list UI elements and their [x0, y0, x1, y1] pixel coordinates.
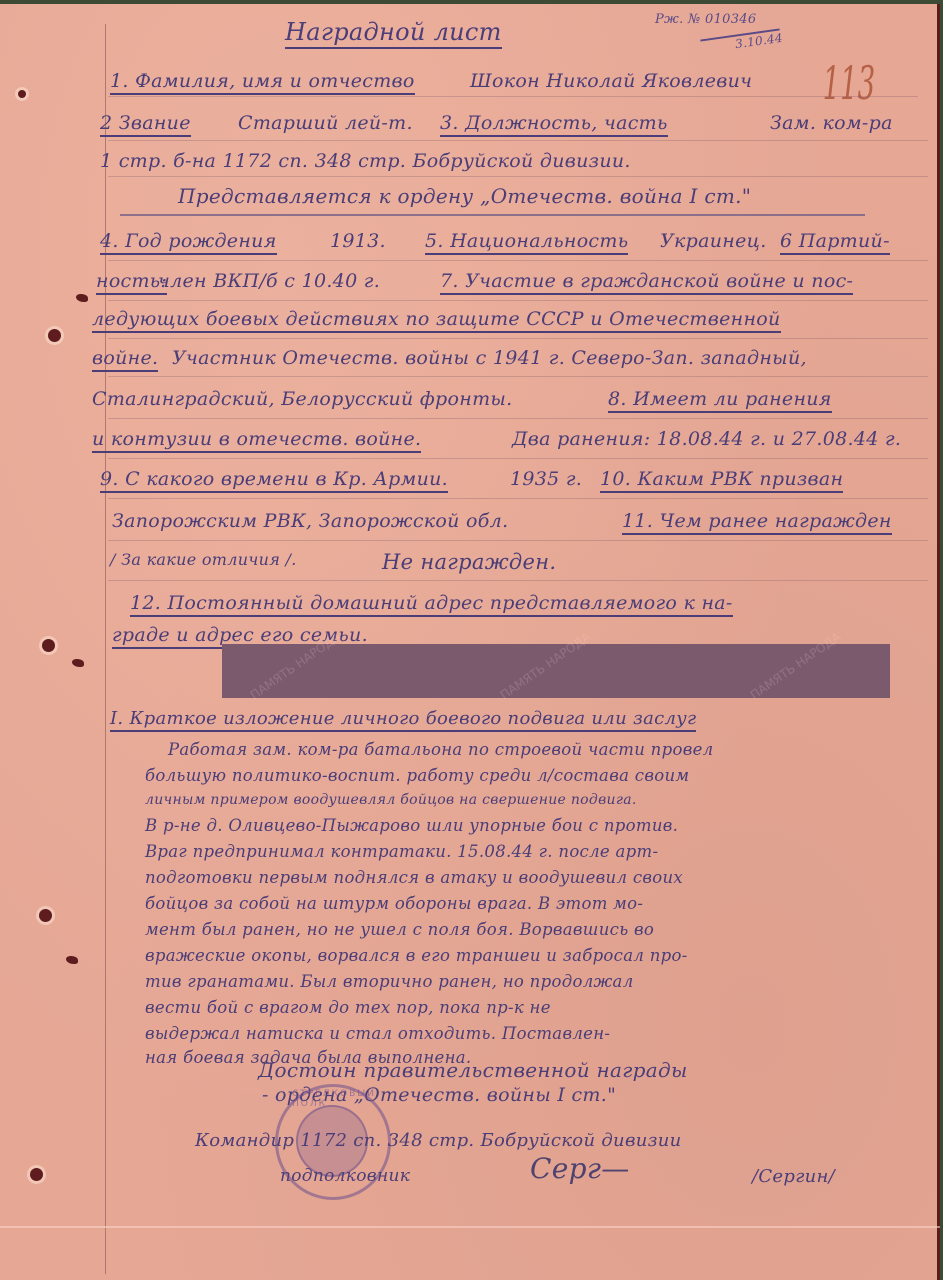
field-4-value: 1913.: [330, 230, 386, 252]
field-9-value: 1935 г.: [510, 468, 582, 490]
narrative-line: вести бой с врагом до тех пор, пока пр-к…: [145, 998, 551, 1017]
ruled-line: [108, 176, 928, 177]
award-sheet-page: Наградной лист Рж. № 010346 3.10.44 113 …: [0, 4, 940, 1280]
field-8-value: Два ранения: 18.08.44 г. и 27.08.44 г.: [512, 428, 901, 450]
field-7-label-1: 7. Участие в гражданской войне и пос-: [440, 270, 853, 295]
seal-text: СТРЕЛКОВЫЙ ПОЛК: [292, 1089, 388, 1109]
document-title: Наградной лист: [285, 18, 502, 49]
watermark-text: ПАМЯТЬ НАРОДА: [748, 630, 842, 701]
narrative-line: Работая зам. ком-ра батальона по строево…: [168, 740, 713, 759]
commander-rank: подполковник: [280, 1166, 410, 1186]
field-6-label-2: ность:: [96, 270, 167, 295]
narrative-line: большую политико-воспит. работу среди л/…: [145, 766, 689, 785]
field-3-value-1: Зам. ком-ра: [770, 112, 893, 134]
field-11-value: Не награжден.: [382, 550, 556, 574]
field-11-label-1: 11. Чем ранее награжден: [622, 510, 892, 535]
ruled-line: [108, 540, 928, 541]
field-3-value-2: 1 стр. б-на 1172 сп. 348 стр. Бобруйской…: [100, 150, 631, 172]
registration-number: Рж. № 010346: [655, 12, 756, 27]
ruled-line: [108, 458, 928, 459]
field-5-value: Украинец.: [660, 230, 767, 252]
ruled-line: [108, 580, 928, 581]
archive-page-number: 113: [823, 56, 876, 110]
field-7-value-2: Сталинградский, Белорусский фронты.: [92, 388, 513, 410]
field-5-label: 5. Национальность: [425, 230, 628, 255]
ruled-line: [120, 214, 865, 216]
field-11-label-2: / За какие отличия /.: [110, 550, 297, 569]
field-6-value: член ВКП/б с 10.40 г.: [158, 270, 380, 292]
paper-damage: [72, 659, 84, 667]
narrative-line: тив гранатами. Был вторично ранен, но пр…: [145, 972, 634, 991]
paper-fold-crease: [0, 1226, 940, 1228]
redacted-address-block: ПАМЯТЬ НАРОДА ПАМЯТЬ НАРОДА ПАМЯТЬ НАРОД…: [222, 644, 890, 698]
ruled-line: [108, 338, 928, 339]
narrative-line: личным примером воодушевлял бойцов на св…: [145, 792, 637, 808]
ruled-line: [108, 140, 928, 141]
field-12-label-1: 12. Постоянный домашний адрес представля…: [130, 592, 733, 617]
page-edge: [937, 4, 940, 1280]
narrative-line: выдержал натиска и стал отходить. Постав…: [145, 1024, 610, 1043]
field-6-label-1: 6 Партий-: [780, 230, 890, 255]
punch-hole: [30, 1168, 43, 1181]
ruled-line: [108, 300, 928, 301]
punch-hole: [48, 329, 61, 342]
conclusion-line-1: Достоин правительственной награды: [258, 1058, 688, 1082]
field-9-label: 9. С какого времени в Кр. Армии.: [100, 468, 448, 493]
field-3-label: 3. Должность, часть: [440, 112, 668, 137]
narrative-line: Враг предпринимал контратаки. 15.08.44 г…: [145, 842, 658, 861]
field-10-value: Запорожским РВК, Запорожской обл.: [112, 510, 508, 532]
watermark-text: ПАМЯТЬ НАРОДА: [498, 630, 592, 701]
handwritten-signature: Серг—: [530, 1152, 630, 1185]
field-7-label-2: ледующих боевых действиях по защите СССР…: [92, 308, 781, 333]
field-1-value: Шокон Николай Яковлевич: [470, 70, 752, 92]
field-4-label: 4. Год рождения: [100, 230, 277, 255]
field-7-value-1: Участник Отечеств. войны с 1941 г. Север…: [172, 347, 807, 369]
punch-hole: [39, 909, 52, 922]
punch-hole: [18, 90, 26, 98]
field-8-label-2: и контузии в отечеств. войне.: [92, 428, 421, 453]
narrative-heading: I. Краткое изложение личного боевого под…: [110, 708, 696, 732]
field-10-label: 10. Каким РВК призван: [600, 468, 843, 493]
field-2-label: 2 Звание: [100, 112, 191, 137]
nomination-line: Представляется к ордену „Отечеств. война…: [178, 184, 751, 208]
commander-title: Командир 1172 сп. 348 стр. Бобруйской ди…: [195, 1130, 682, 1151]
signer-name: /Сергин/: [752, 1166, 835, 1187]
ruled-line: [108, 418, 928, 419]
narrative-line: бойцов за собой на штурм обороны врага. …: [145, 894, 643, 913]
narrative-line: вражеские окопы, ворвался в его траншеи …: [145, 946, 688, 965]
field-1-label: 1. Фамилия, имя и отчество: [110, 70, 415, 95]
margin-line: [105, 24, 106, 1274]
ruled-line: [108, 498, 928, 499]
ruled-line: [108, 376, 928, 377]
ruled-line: [108, 96, 918, 97]
narrative-line: мент был ранен, но не ушел с поля боя. В…: [145, 920, 654, 939]
narrative-line: В р-не д. Оливцево-Пыжарово шли упорные …: [145, 816, 678, 835]
field-7-label-3: войне.: [92, 347, 158, 372]
paper-damage: [66, 956, 78, 964]
ruled-line: [108, 260, 928, 261]
narrative-line: подготовки первым поднялся в атаку и воо…: [145, 868, 683, 887]
paper-damage: [76, 294, 88, 302]
punch-hole: [42, 639, 55, 652]
field-8-label-1: 8. Имеет ли ранения: [608, 388, 832, 413]
field-2-value: Старший лей-т.: [238, 112, 413, 134]
